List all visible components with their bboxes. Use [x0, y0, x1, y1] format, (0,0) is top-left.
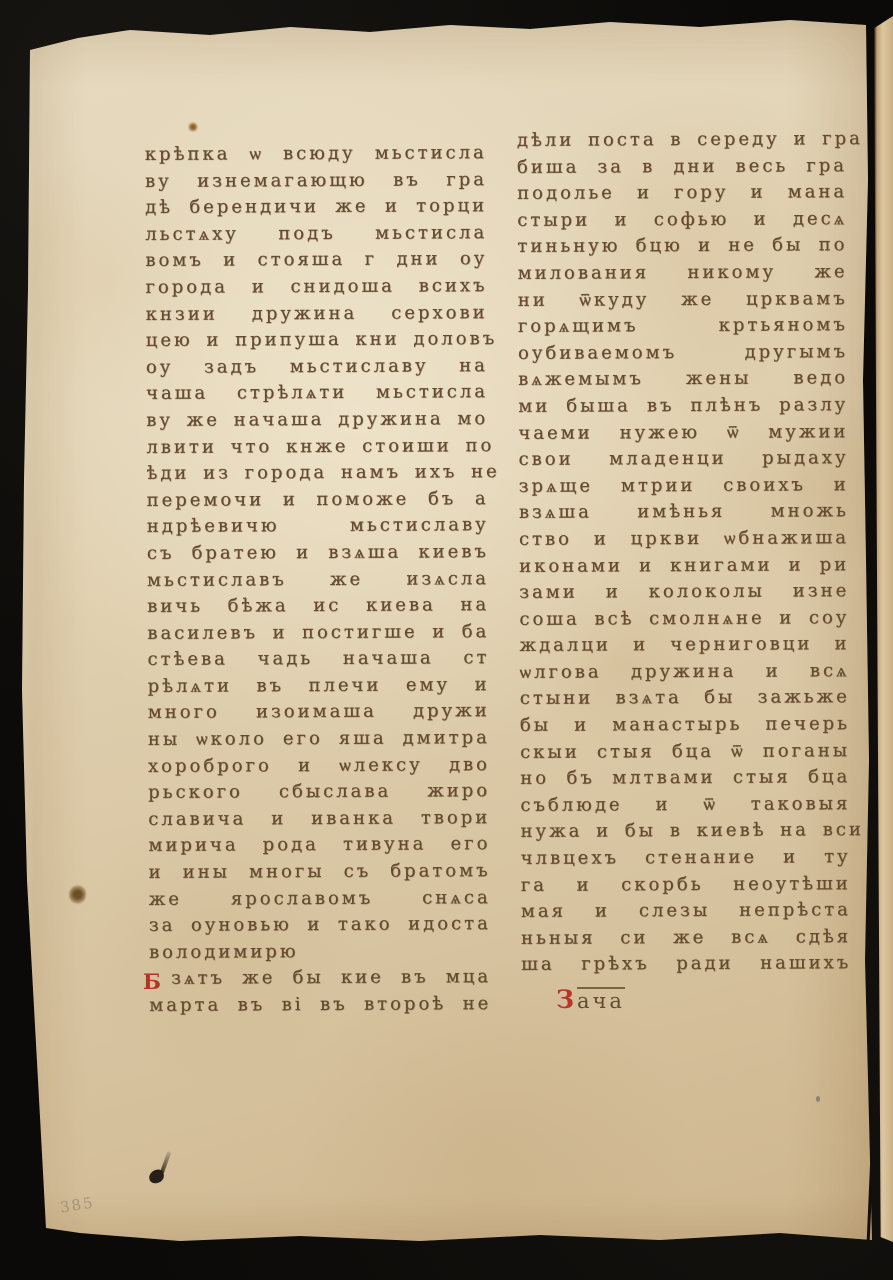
text-line: за оуновью и тако идоста — [149, 911, 491, 939]
text-line: взѧша имѣнья множь — [519, 498, 849, 526]
text-line: ву же начаша дружина мо — [146, 406, 488, 434]
text-line: ни ѿкуду же црквамъ — [518, 286, 848, 314]
section-marker-text: ача — [577, 989, 625, 1013]
text-line: чаеми нужею ѿ мужии — [518, 419, 848, 447]
text-line: ѡлгова дружина и всѧ — [520, 658, 850, 686]
text-line: дѣ берендичи же и торци — [145, 193, 487, 221]
text-line: иконами и книгами и ри — [519, 552, 849, 580]
text-line: много изоимаша дружи — [148, 699, 490, 727]
text-line: зрѧще мтрии своихъ и — [519, 472, 849, 500]
text-line: же ярославомъ снѧса — [149, 885, 491, 913]
text-line: ѣди из города намъ ихъ не — [146, 459, 488, 487]
text-line: бы и манастырь печерь — [520, 711, 850, 739]
text-line: вичь бѣжа ис киева на — [147, 592, 489, 620]
text-line: оу задъ мьстиславу на — [146, 353, 488, 381]
text-line: оубиваемомъ другымъ — [518, 339, 848, 367]
text-line: съблюде и ѿ таковыя — [520, 791, 850, 819]
text-line: ны ѡколо его яша дмитра — [148, 725, 490, 753]
text-line: ндрѣевичю мьстиславу — [147, 512, 489, 540]
text-line: ньныя си же всѧ сдѣя — [521, 924, 851, 952]
text-line: скыи стыя бца ѿ поганы — [520, 738, 850, 766]
text-line: биша за в дни весь гра — [517, 153, 847, 181]
text-line: чаша стрѣлѧти мьстисла — [146, 379, 488, 407]
text-line: ша грѣхъ ради нашихъ — [521, 951, 851, 979]
text-line: василевъ и постигше и ба — [147, 619, 489, 647]
text-line: цею и припуша кни доловъ — [146, 326, 488, 354]
text-line: тиньную бцю и не бы по — [517, 233, 847, 261]
text-line: вѧжемымъ жены ведо — [518, 365, 848, 393]
text-column-right: дѣли поста в середу и гра биша за в дни … — [517, 126, 851, 979]
text-line: ми быша въ плѣнъ разлу — [518, 392, 848, 420]
manuscript-photograph: крѣпка ѡ всюду мьстисла ву изнемагающю в… — [0, 0, 893, 1280]
text-line: члвцехъ стенание и ту — [521, 844, 851, 872]
text-line: перемочи и поможе бъ а — [147, 486, 489, 514]
text-line: кнзии дружина серхови — [146, 300, 488, 328]
stain — [69, 885, 86, 904]
text-line: подолье и гору и мана — [517, 179, 847, 207]
text-line: соша всѣ смолнѧне и соу — [519, 605, 849, 633]
text-line: зами и колоколы изне — [519, 578, 849, 606]
text-line: рѣлѧти въ плечи ему и — [147, 672, 489, 700]
rubric-initial: Б — [143, 971, 161, 992]
text-line: мая и слезы непрѣста — [521, 897, 851, 925]
text-line: свои младенци рыдаху — [518, 445, 848, 473]
text-line: ву изнемагающю въ гра — [145, 167, 487, 195]
text-line: марта въ ві въ второѣ не — [149, 991, 491, 1019]
text-line: мирича рода тивуна его — [148, 832, 490, 860]
text-line: вомъ и стояша г дни оу — [145, 246, 487, 274]
text-line: горѧщимъ кртьяномъ — [518, 312, 848, 340]
text-line: съ братею и взѧша киевъ — [147, 539, 489, 567]
text-line: крѣпка ѡ всюду мьстисла — [145, 140, 487, 168]
text-line: стыри и софью и десѧ — [517, 206, 847, 234]
text-line: города и снидоша всихъ — [145, 273, 487, 301]
section-marker-initial: З — [556, 985, 577, 1014]
text-line: нужа и бы в киевѣ на вси — [520, 818, 850, 846]
text-line: дѣли поста в середу и гра — [517, 126, 847, 154]
text-line: льстѧху подъ мьстисла — [145, 220, 487, 248]
text-line: но бъ млтвами стыя бца — [520, 764, 850, 792]
text-line: ство и цркви ѡбнажиша — [519, 525, 849, 553]
text-line: хороброго и ѡлексу дво — [148, 752, 490, 780]
text-line: володимирю — [149, 938, 491, 966]
text-line: и ины многы съ братомъ — [148, 858, 490, 886]
text-line: славича и иванка твори — [148, 805, 490, 833]
text-line: зѧтъ же бы кие въ мца — [149, 965, 491, 993]
text-line: га и скорбь неоутѣши — [521, 871, 851, 899]
text-line: рьского сбыслава жиро — [148, 778, 490, 806]
section-marker: Зача — [556, 985, 625, 1014]
text-line: стыни взѧта бы зажьже — [520, 685, 850, 713]
text-column-left: крѣпка ѡ всюду мьстисла ву изнемагающю в… — [145, 140, 492, 1019]
text-line: стѣева чадь начаша ст — [147, 645, 489, 673]
text-line: милования никому же — [517, 259, 847, 287]
text-line: лвити что кнже стоиши по — [146, 433, 488, 461]
paper-spot — [188, 122, 198, 132]
text-line: мьстиславъ же изѧсла — [147, 566, 489, 594]
text-line: ждалци и черниговци и — [519, 631, 849, 659]
paper-speck — [816, 1096, 820, 1102]
